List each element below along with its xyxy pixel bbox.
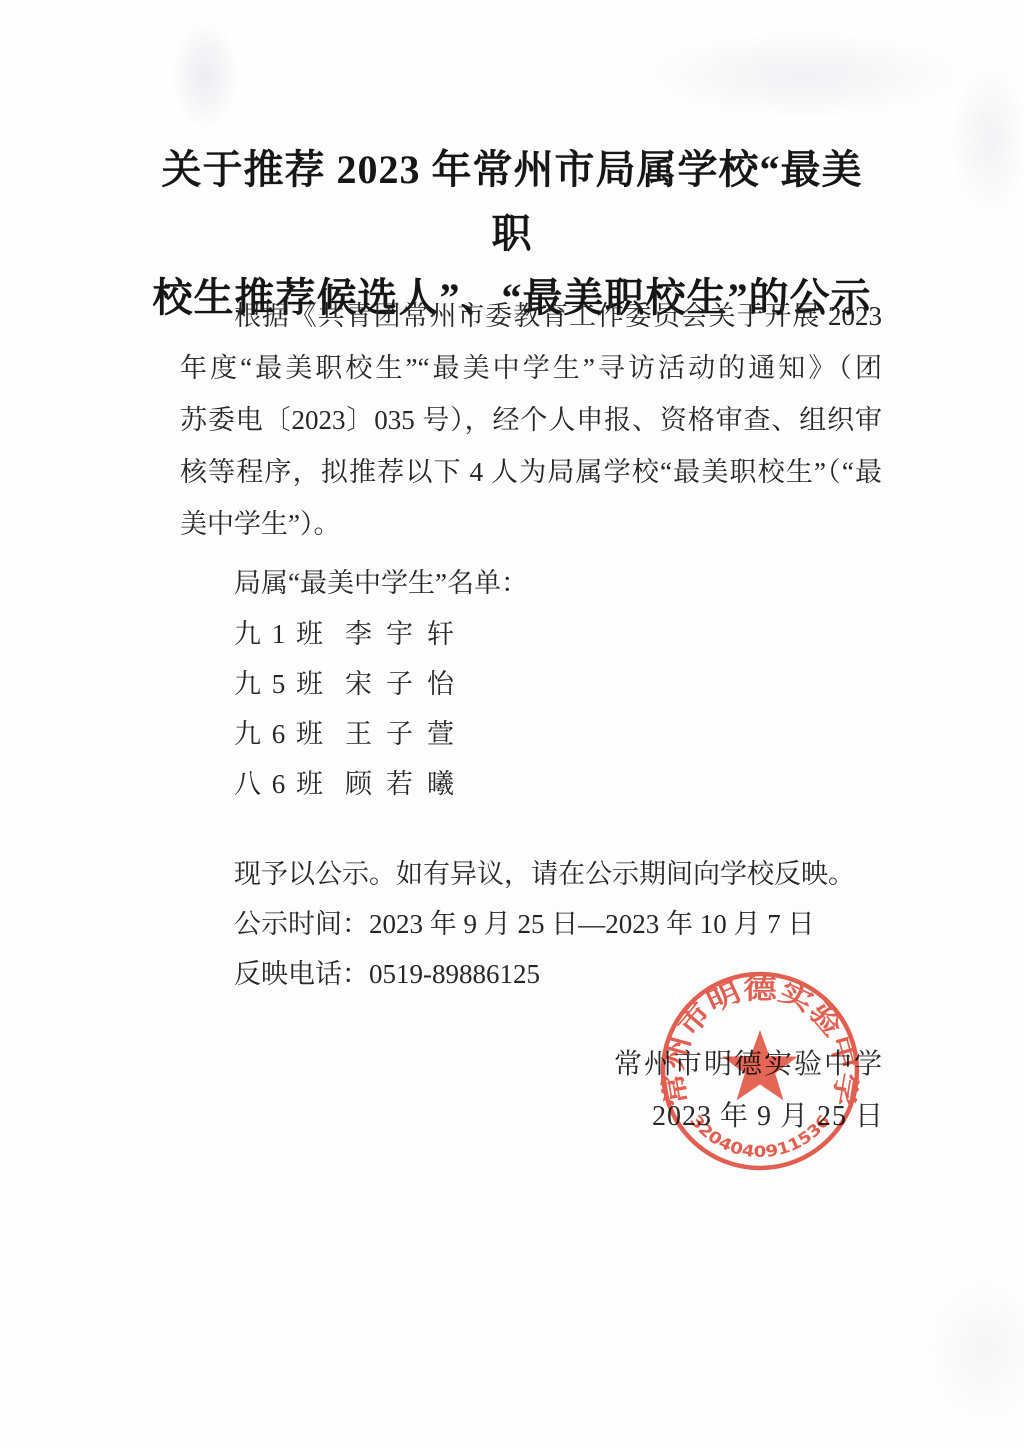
roster-class: 八 6 班 xyxy=(234,759,325,809)
notice-statement: 现予以公示。如有异议，请在公示期间向学校反映。 xyxy=(180,849,882,899)
paragraph-line: 美中学生”）。 xyxy=(180,498,882,550)
paragraph-line: 核等程序，拟推荐以下 4 人为局属学校“最美职校生”（“最 xyxy=(180,446,882,498)
notice-period: 公示时间：2023 年 9 月 25 日—2023 年 10 月 7 日 xyxy=(180,899,882,949)
notice-block: 现予以公示。如有异议，请在公示期间向学校反映。 公示时间：2023 年 9 月 … xyxy=(180,849,882,999)
paragraph-line: 根据《共青团常州市委教育工作委员会关于开展 2023 xyxy=(180,290,882,342)
roster-list: 九 1 班 李宇轩 九 5 班 宋子怡 九 6 班 王子萱 八 6 班 顾若曦 xyxy=(180,609,882,809)
scan-smudge xyxy=(170,20,240,130)
roster-row: 九 1 班 李宇轩 xyxy=(180,609,882,659)
roster-student-name: 顾若曦 xyxy=(345,759,468,809)
roster-student-name: 宋子怡 xyxy=(345,659,468,709)
roster-class: 九 1 班 xyxy=(234,609,325,659)
notice-phone: 反映电话：0519-89886125 xyxy=(180,949,882,999)
scanned-document-page: 关于推荐 2023 年常州市局属学校“最美职 校生推荐候选人”、“最美职校生”的… xyxy=(0,0,1024,1448)
signature-date: 2023 年 9 月 25 日 xyxy=(652,1094,884,1140)
paragraph-line: 苏委电〔2023〕035 号），经个人申报、资格审查、组织审 xyxy=(180,394,882,446)
scan-smudge xyxy=(950,60,1024,220)
roster-header: 局属“最美中学生”名单： xyxy=(180,557,882,609)
roster-class: 九 6 班 xyxy=(234,709,325,759)
scan-smudge xyxy=(640,30,970,120)
roster-class: 九 5 班 xyxy=(234,659,325,709)
roster-row: 八 6 班 顾若曦 xyxy=(180,759,882,809)
scan-smudge xyxy=(930,1280,1024,1420)
roster-student-name: 李宇轩 xyxy=(345,609,468,659)
roster-student-name: 王子萱 xyxy=(345,709,468,759)
signature-school-name: 常州市明德实验中学 xyxy=(614,1042,884,1088)
paragraph-line: 年度“最美职校生”“最美中学生”寻访活动的通知》（团 xyxy=(180,342,882,394)
body-paragraph: 根据《共青团常州市委教育工作委员会关于开展 2023 年度“最美职校生”“最美中… xyxy=(180,290,882,550)
roster-row: 九 5 班 宋子怡 xyxy=(180,659,882,709)
document-title-line-1: 关于推荐 2023 年常州市局属学校“最美职 xyxy=(152,138,872,266)
roster-row: 九 6 班 王子萱 xyxy=(180,709,882,759)
